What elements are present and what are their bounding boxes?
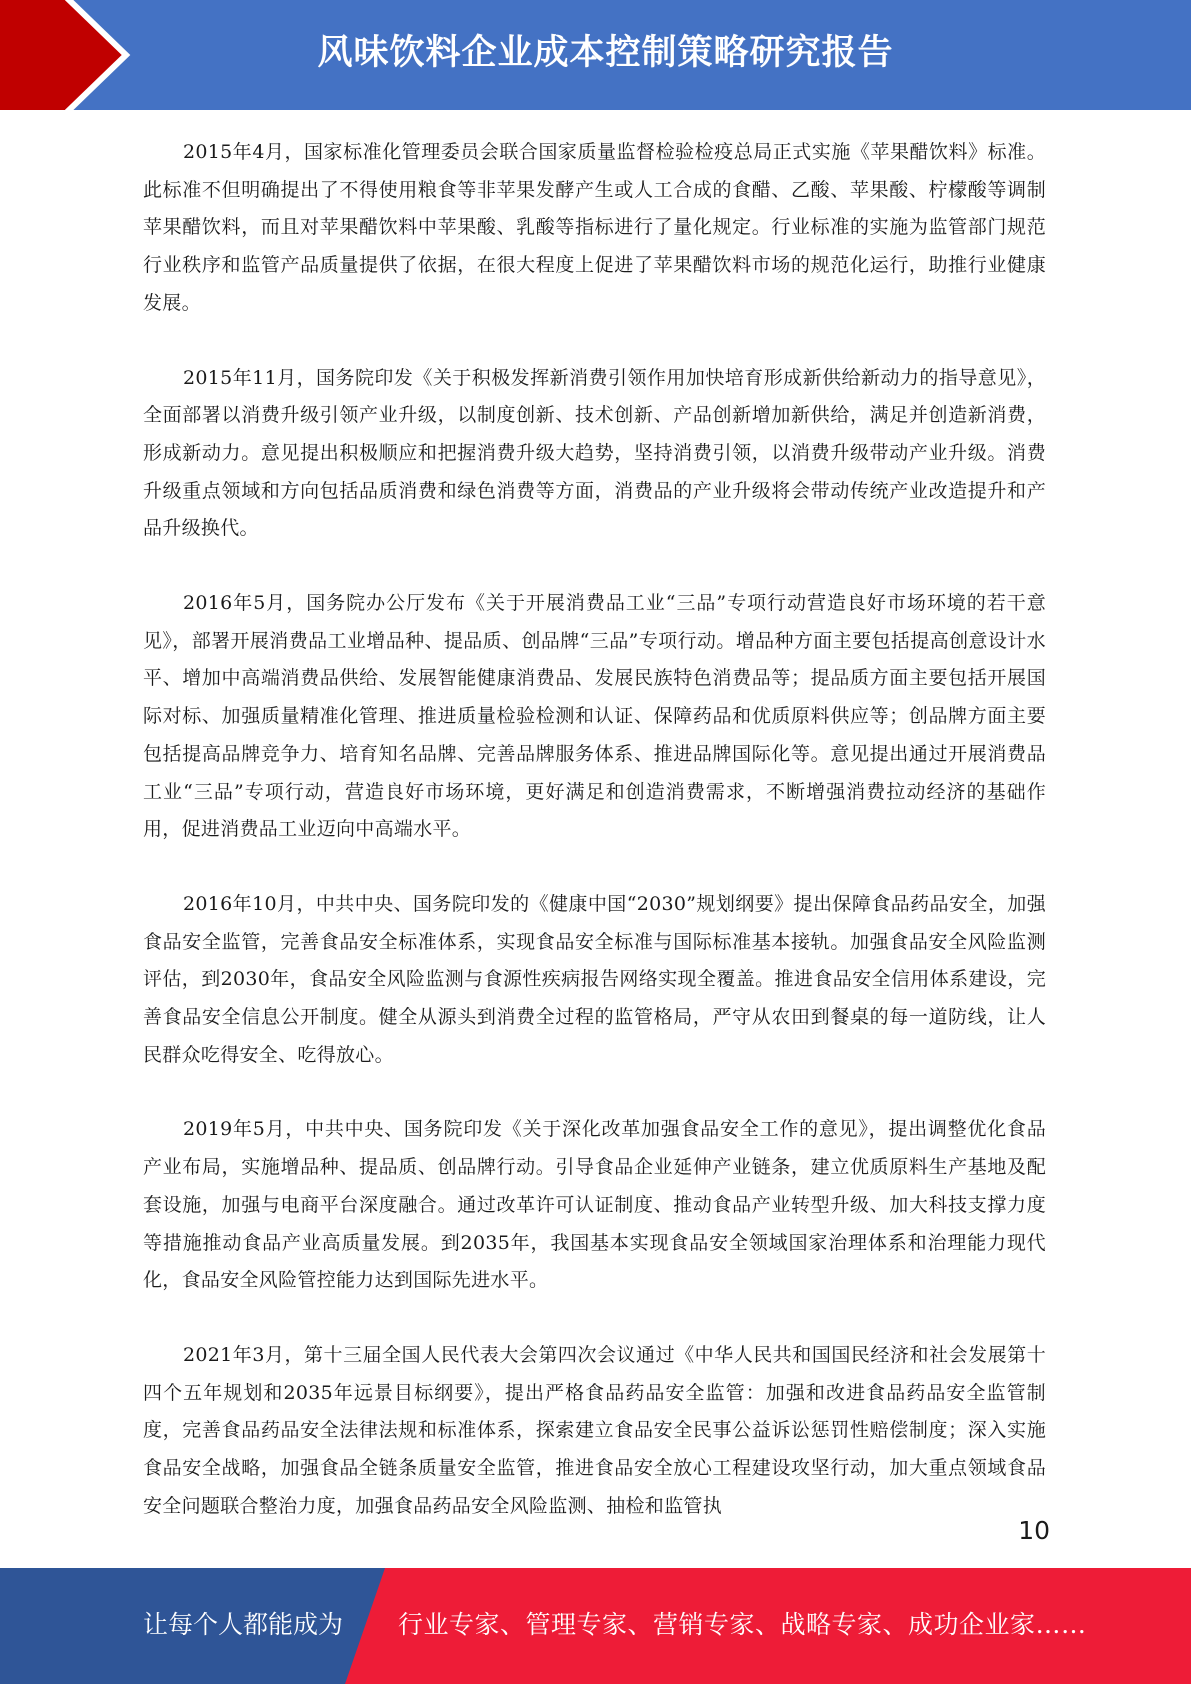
paragraph-2015-nov: 2015年11月，国务院印发《关于积极发挥新消费引领作用加快培育形成新供给新动力…: [143, 360, 1046, 549]
footer-slogan-left: 让每个人都能成为: [143, 1608, 343, 1642]
page-footer: 让每个人都能成为 行业专家、管理专家、营销专家、战略专家、成功企业家……: [0, 1568, 1191, 1684]
paragraph-2015-apr: 2015年4月，国家标准化管理委员会联合国家质量监督检验检疫总局正式实施《苹果醋…: [143, 134, 1046, 323]
report-title: 风味饮料企业成本控制策略研究报告: [0, 28, 1191, 78]
paragraph-2016-oct: 2016年10月，中共中央、国务院印发的《健康中国“2030”规划纲要》提出保障…: [143, 886, 1046, 1075]
footer-slogan-right: 行业专家、管理专家、营销专家、战略专家、成功企业家……: [398, 1608, 1087, 1642]
paragraph-2016-may: 2016年5月，国务院办公厅发布《关于开展消费品工业“三品”专项行动营造良好市场…: [143, 585, 1046, 849]
paragraph-2021-mar: 2021年3月，第十三届全国人民代表大会第四次会议通过《中华人民共和国国民经济和…: [143, 1337, 1046, 1526]
document-body: 2015年4月，国家标准化管理委员会联合国家质量监督检验检疫总局正式实施《苹果醋…: [143, 134, 1046, 1563]
paragraph-2019-may: 2019年5月，中共中央、国务院印发《关于深化改革加强食品安全工作的意见》，提出…: [143, 1111, 1046, 1300]
page-number: 10: [1010, 1516, 1050, 1545]
page-header: 风味饮料企业成本控制策略研究报告: [0, 0, 1191, 110]
